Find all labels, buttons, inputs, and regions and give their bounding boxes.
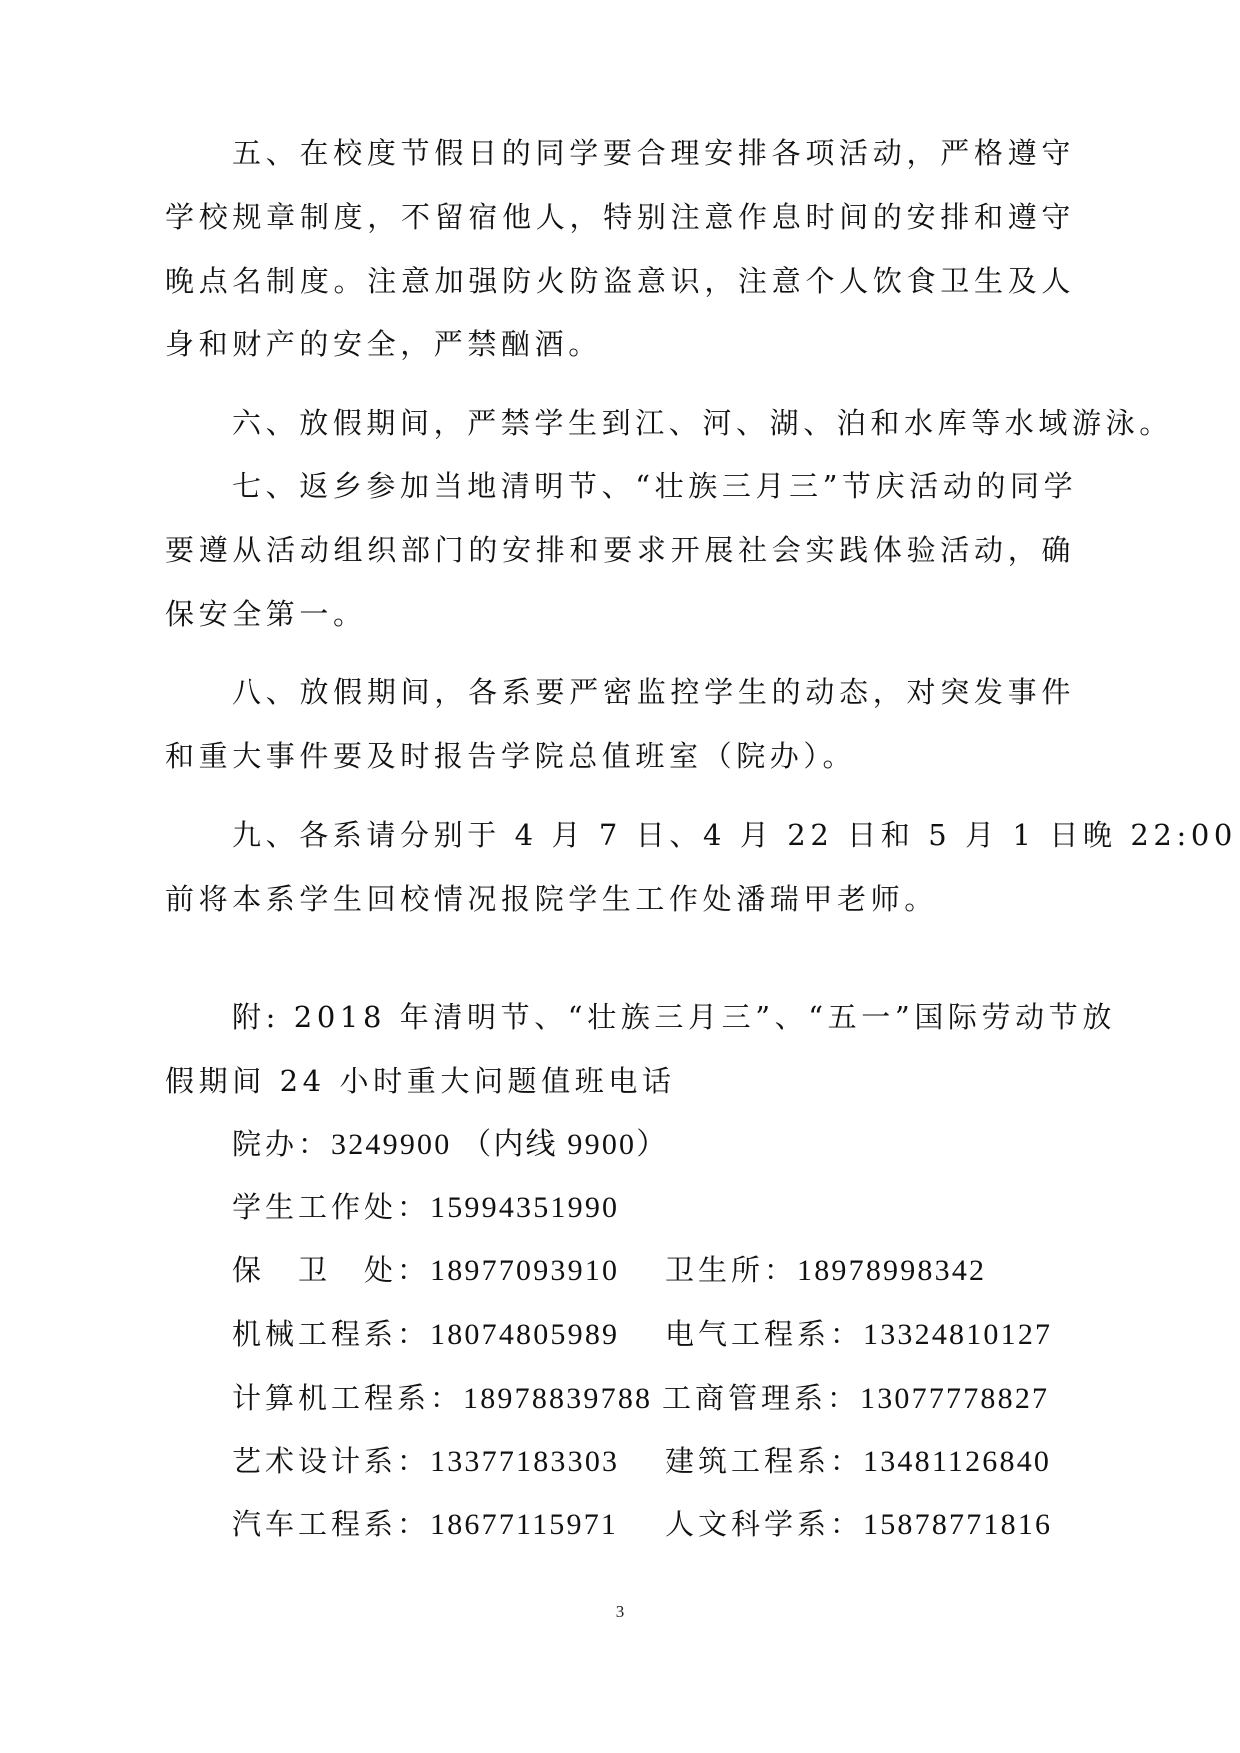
contact-electrical-engineering: 电气工程系：13324810127	[665, 1314, 1052, 1355]
appendix-title-line-1: 附: 2018 年清明节、“壮族三月三”、“五一”国际劳动节放	[232, 997, 1075, 1037]
contact-number: 18074805989	[430, 1318, 619, 1351]
page-number: 3	[610, 1602, 630, 1622]
document-page: 五、在校度节假日的同学要合理安排各项活动，严格遵守 学校规章制度，不留宿他人，特…	[0, 0, 1240, 1753]
contact-security: 保 卫 处：18977093910	[232, 1250, 619, 1291]
contact-number: 15878771816	[863, 1508, 1052, 1541]
contact-number: 3249900 （内线 9900）	[331, 1128, 668, 1161]
contact-number: 13481126840	[863, 1445, 1051, 1478]
contact-label: 汽车工程系：	[232, 1507, 430, 1541]
contact-label: 艺术设计系：	[232, 1444, 430, 1478]
contact-label: 电气工程系：	[665, 1317, 863, 1351]
appendix-title-line-2: 假期间 24 小时重大问题值班电话	[165, 1061, 1075, 1101]
contact-label: 保 卫 处：	[232, 1253, 430, 1287]
contact-label: 工商管理系：	[662, 1381, 860, 1415]
contact-number: 15994351990	[430, 1191, 619, 1224]
contact-number: 18978998342	[797, 1254, 986, 1287]
contact-number: 18977093910	[430, 1254, 619, 1287]
contact-label: 计算机工程系：	[232, 1381, 463, 1415]
paragraph-9-line-2: 前将本系学生回校情况报院学生工作处潘瑞甲老师。	[165, 879, 1075, 919]
paragraph-8-line-1: 八、放假期间，各系要严密监控学生的动态，对突发事件	[232, 672, 1075, 712]
contact-president-office: 院办：3249900 （内线 9900）	[232, 1124, 668, 1165]
contact-number: 13077778827	[860, 1382, 1049, 1415]
contact-label: 人文科学系：	[665, 1507, 863, 1541]
contact-clinic: 卫生所：18978998342	[665, 1250, 986, 1291]
paragraph-9-line-1: 九、各系请分别于 4 月 7 日、4 月 22 日和 5 月 1 日晚 22:0…	[232, 815, 1075, 855]
contact-business-management: 工商管理系：13077778827	[662, 1378, 1049, 1419]
contact-student-affairs: 学生工作处：15994351990	[232, 1187, 619, 1228]
contact-humanities: 人文科学系：15878771816	[665, 1504, 1052, 1545]
contact-mechanical-engineering: 机械工程系：18074805989	[232, 1314, 619, 1355]
contact-automotive-engineering: 汽车工程系：18677115971	[232, 1504, 618, 1545]
paragraph-7-line-1: 七、返乡参加当地清明节、“壮族三月三”节庆活动的同学	[232, 466, 1075, 506]
contact-computer-engineering: 计算机工程系：18978839788	[232, 1378, 652, 1419]
contact-architectural-engineering: 建筑工程系：13481126840	[665, 1441, 1051, 1482]
contact-label: 机械工程系：	[232, 1317, 430, 1351]
contact-number: 13377183303	[430, 1445, 619, 1478]
paragraph-8-line-2: 和重大事件要及时报告学院总值班室（院办）。	[165, 736, 1075, 776]
paragraph-7-line-2: 要遵从活动组织部门的安排和要求开展社会实践体验活动，确	[165, 530, 1075, 570]
contact-art-design: 艺术设计系：13377183303	[232, 1441, 619, 1482]
paragraph-6-line-1: 六、放假期间，严禁学生到江、河、湖、泊和水库等水域游泳。	[232, 403, 1075, 443]
contact-label: 建筑工程系：	[665, 1444, 863, 1478]
paragraph-7-line-3: 保安全第一。	[165, 594, 1075, 634]
contact-number: 18677115971	[430, 1508, 618, 1541]
paragraph-5-line-3: 晚点名制度。注意加强防火防盗意识，注意个人饮食卫生及人	[165, 261, 1075, 301]
paragraph-5-line-2: 学校规章制度，不留宿他人，特别注意作息时间的安排和遵守	[165, 197, 1075, 237]
contact-label: 卫生所：	[665, 1253, 797, 1287]
contact-label: 学生工作处：	[232, 1190, 430, 1224]
contact-label: 院办：	[232, 1127, 331, 1161]
paragraph-5-line-1: 五、在校度节假日的同学要合理安排各项活动，严格遵守	[232, 133, 1075, 173]
paragraph-5-line-4: 身和财产的安全，严禁酗酒。	[165, 324, 1075, 364]
contact-number: 13324810127	[863, 1318, 1052, 1351]
contact-number: 18978839788	[463, 1382, 652, 1415]
